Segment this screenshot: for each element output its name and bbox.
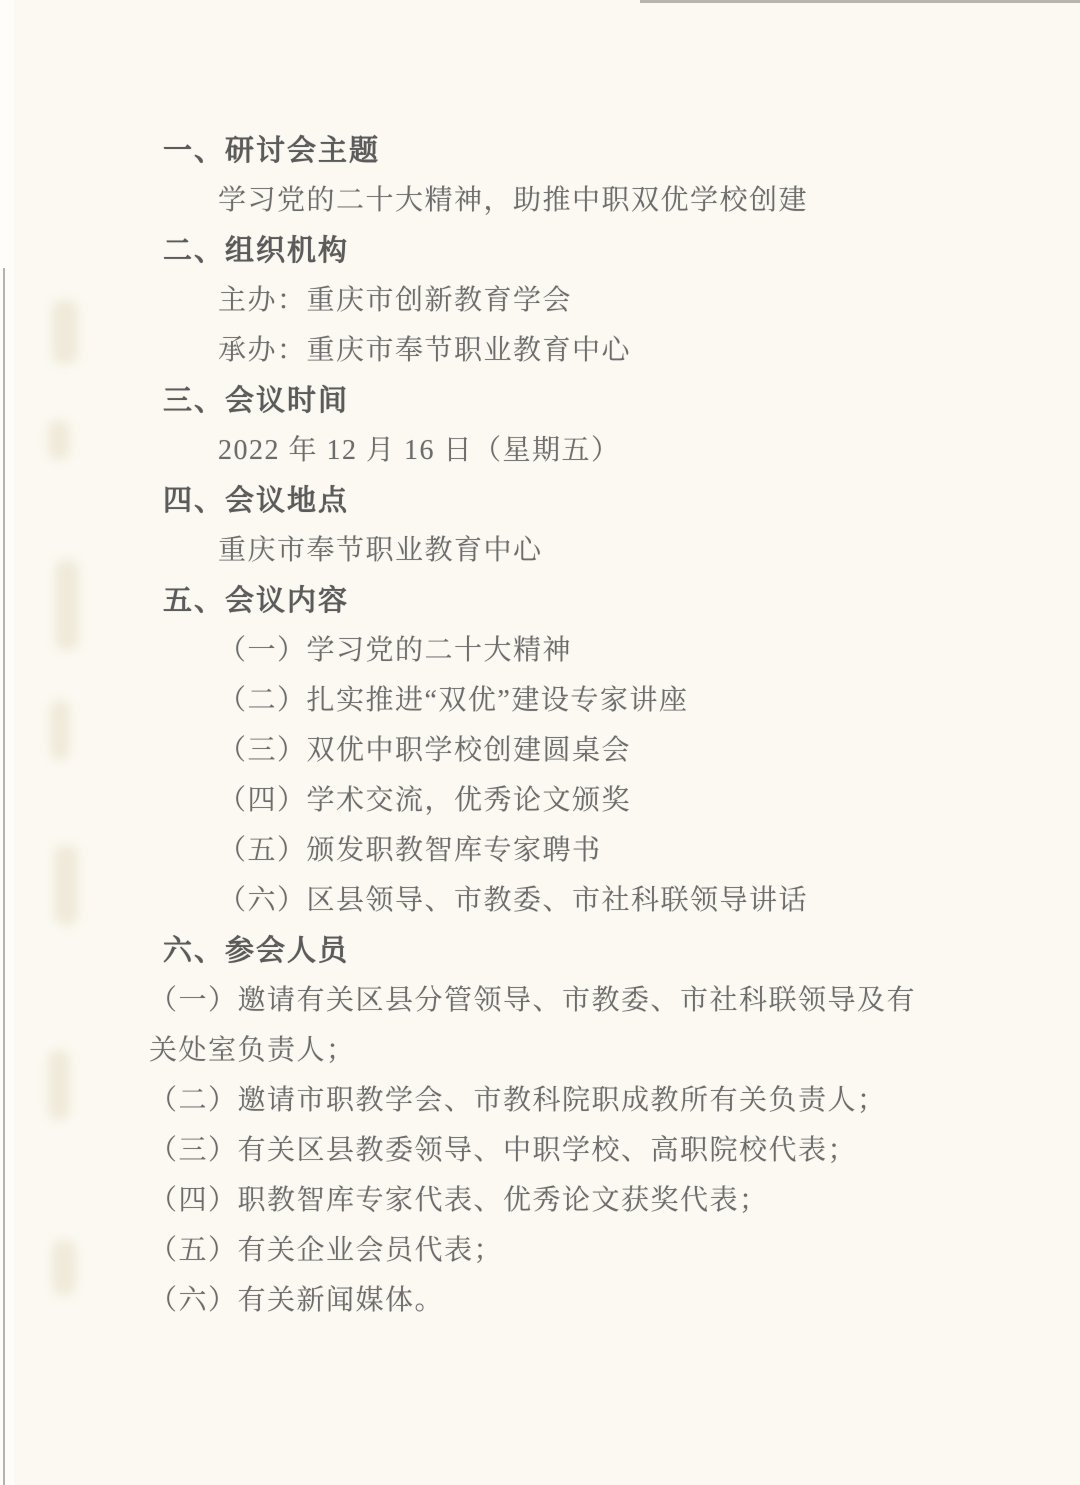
attendee-item-6: （六）有关新闻媒体。	[149, 1276, 1040, 1326]
section-2-heading-organizers: 二、组织机构	[163, 226, 1040, 276]
organizer-undertaker: 承办：重庆市奉节职业教育中心	[218, 326, 1040, 376]
seminar-topic-text: 学习党的二十大精神，助推中职双优学校创建	[218, 176, 1040, 226]
bleed-through-artifact	[48, 420, 70, 460]
agenda-item-3: （三）双优中职学校创建圆桌会	[218, 726, 1040, 776]
section-3-heading-time: 三、会议时间	[163, 376, 1040, 426]
attendee-item-1-line-2: 关处室负责人；	[149, 1026, 1040, 1076]
bleed-through-artifact	[54, 845, 78, 925]
meeting-date: 2022 年 12 月 16 日（星期五）	[218, 426, 1040, 476]
agenda-item-4: （四）学术交流，优秀论文颁奖	[218, 776, 1040, 826]
bleed-through-artifact	[50, 700, 70, 760]
attendee-item-1-line-1: （一）邀请有关区县分管领导、市教委、市社科联领导及有	[149, 976, 1040, 1026]
meeting-venue: 重庆市奉节职业教育中心	[218, 526, 1040, 576]
agenda-item-1: （一）学习党的二十大精神	[218, 626, 1040, 676]
scanned-document-page: 一、研讨会主题 学习党的二十大精神，助推中职双优学校创建 二、组织机构 主办：重…	[0, 0, 1080, 1485]
agenda-item-2: （二）扎实推进“双优”建设专家讲座	[218, 676, 1040, 726]
document-body: 一、研讨会主题 学习党的二十大精神，助推中职双优学校创建 二、组织机构 主办：重…	[163, 126, 1040, 1326]
scan-edge-line-top	[640, 0, 1080, 3]
section-6-heading-attendees: 六、参会人员	[163, 926, 1040, 976]
scan-edge-line-left	[3, 268, 5, 1485]
attendee-item-3: （三）有关区县教委领导、中职学校、高职院校代表；	[149, 1126, 1040, 1176]
bleed-through-artifact	[48, 1050, 70, 1120]
section-4-heading-venue: 四、会议地点	[163, 476, 1040, 526]
section-1-heading-topic: 一、研讨会主题	[163, 126, 1040, 176]
bleed-through-artifact	[52, 300, 78, 364]
bleed-through-artifact	[52, 1240, 76, 1295]
bleed-through-artifact	[55, 560, 79, 650]
attendee-item-4: （四）职教智库专家代表、优秀论文获奖代表；	[149, 1176, 1040, 1226]
attendee-item-2: （二）邀请市职教学会、市教科院职成教所有关负责人；	[149, 1076, 1040, 1126]
organizer-host: 主办：重庆市创新教育学会	[218, 276, 1040, 326]
agenda-item-6: （六）区县领导、市教委、市社科联领导讲话	[218, 876, 1040, 926]
agenda-item-5: （五）颁发职教智库专家聘书	[218, 826, 1040, 876]
attendee-item-5: （五）有关企业会员代表；	[149, 1226, 1040, 1276]
section-5-heading-agenda: 五、会议内容	[163, 576, 1040, 626]
